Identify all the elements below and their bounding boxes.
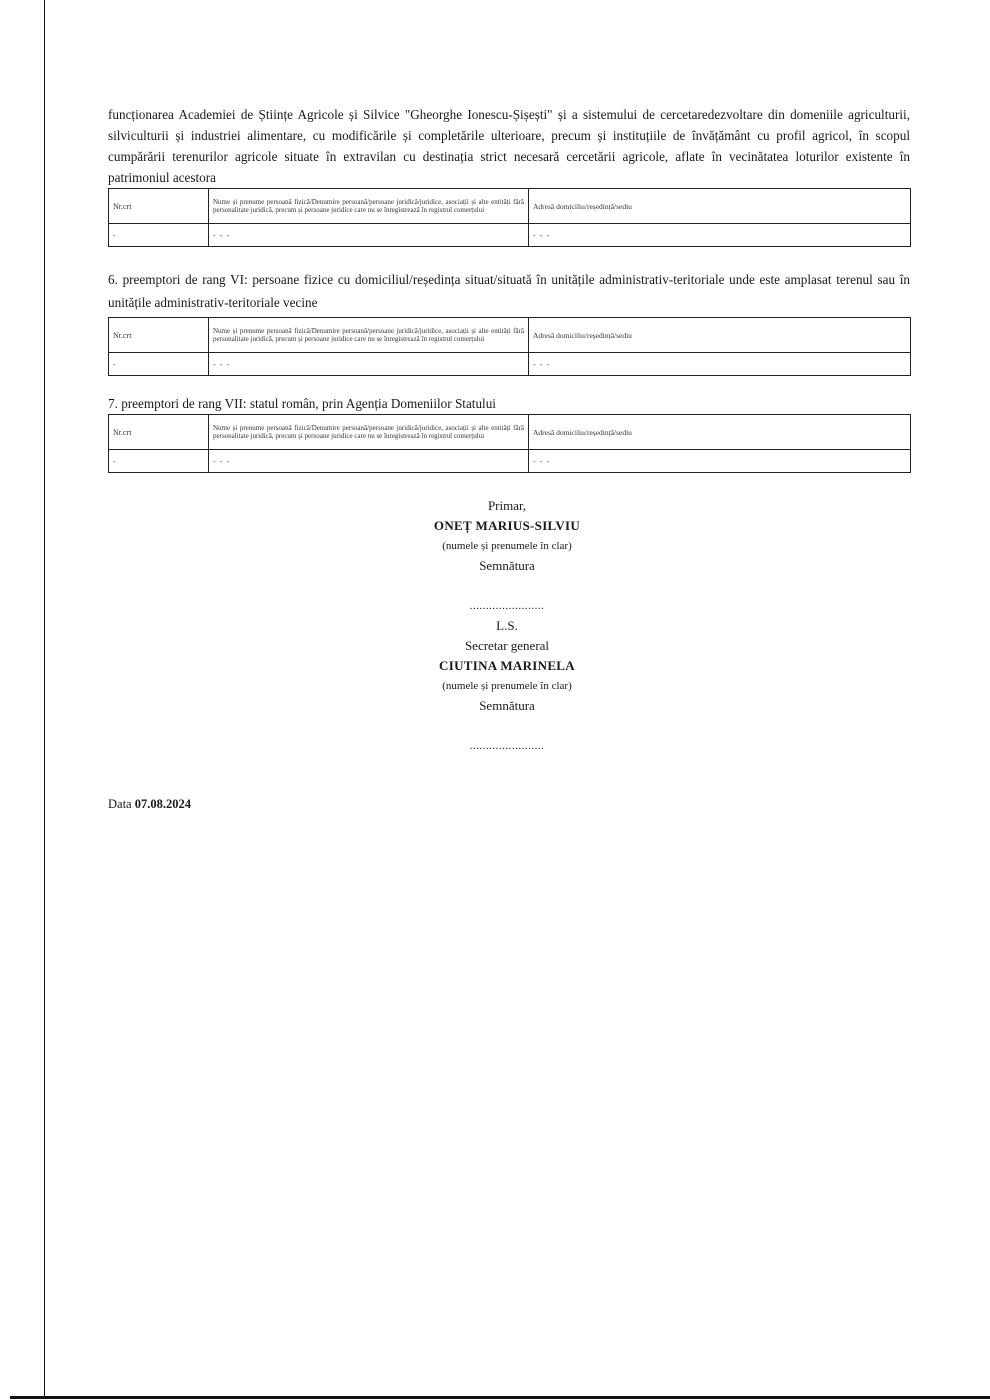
header-name: Nume și prenume persoană fizică/Denumire… bbox=[209, 415, 529, 450]
stamp-label: L.S. bbox=[0, 616, 990, 636]
cell-name: - - - bbox=[209, 353, 529, 376]
secretary-title: Secretar general bbox=[0, 636, 990, 656]
mayor-title: Primar, bbox=[0, 496, 990, 516]
section-6-heading: 6. preemptori de rang VI: persoane fizic… bbox=[108, 268, 910, 314]
mayor-signature-line: ....................... bbox=[0, 596, 990, 616]
section-7: 7. preemptori de rang VII: statul român,… bbox=[108, 393, 910, 473]
cell-nr: - bbox=[109, 224, 209, 247]
cell-address: - - - bbox=[529, 353, 911, 376]
date-value: 07.08.2024 bbox=[135, 797, 191, 811]
secretary-name: CIUTINA MARINELA bbox=[0, 656, 990, 676]
table-header-row: Nr.crt Nume și prenume persoană fizică/D… bbox=[109, 318, 911, 353]
preemptors-table-7: Nr.crt Nume și prenume persoană fizică/D… bbox=[108, 414, 911, 473]
cell-name: - - - bbox=[209, 224, 529, 247]
mayor-name: ONEȚ MARIUS-SILVIU bbox=[0, 516, 990, 536]
page-bottom-border bbox=[10, 1396, 990, 1399]
secretary-name-note: (numele și prenumele în clar) bbox=[0, 676, 990, 696]
cell-name: - - - bbox=[209, 450, 529, 473]
header-nr: Nr.crt bbox=[109, 318, 209, 353]
header-name: Nume și prenume persoană fizică/Denumire… bbox=[209, 318, 529, 353]
table-header-row: Nr.crt Nume și prenume persoană fizică/D… bbox=[109, 189, 911, 224]
header-nr: Nr.crt bbox=[109, 189, 209, 224]
secretary-signature-line: ....................... bbox=[0, 736, 990, 756]
table-row: - - - - - - - bbox=[109, 224, 911, 247]
cell-nr: - bbox=[109, 353, 209, 376]
mayor-name-note: (numele și prenumele în clar) bbox=[0, 536, 990, 556]
header-nr: Nr.crt bbox=[109, 415, 209, 450]
document-date: Data 07.08.2024 bbox=[108, 797, 191, 812]
section-5-continuation: funcționarea Academiei de Științe Agrico… bbox=[108, 104, 910, 247]
signature-block: Primar, ONEȚ MARIUS-SILVIU (numele și pr… bbox=[0, 496, 990, 756]
cell-address: - - - bbox=[529, 224, 911, 247]
table-row: - - - - - - - bbox=[109, 450, 911, 473]
section-6: 6. preemptori de rang VI: persoane fizic… bbox=[108, 268, 910, 376]
date-label: Data bbox=[108, 797, 132, 811]
preemptors-table-6: Nr.crt Nume și prenume persoană fizică/D… bbox=[108, 317, 911, 376]
intro-paragraph: funcționarea Academiei de Științe Agrico… bbox=[108, 104, 910, 188]
header-name: Nume și prenume persoană fizică/Denumire… bbox=[209, 189, 529, 224]
cell-nr: - bbox=[109, 450, 209, 473]
cell-address: - - - bbox=[529, 450, 911, 473]
header-address: Adresă domiciliu/reședință/sediu bbox=[529, 415, 911, 450]
header-address: Adresă domiciliu/reședință/sediu bbox=[529, 318, 911, 353]
table-row: - - - - - - - bbox=[109, 353, 911, 376]
mayor-signature-label: Semnătura bbox=[0, 556, 990, 576]
section-7-heading: 7. preemptori de rang VII: statul român,… bbox=[108, 393, 910, 414]
header-address: Adresă domiciliu/reședință/sediu bbox=[529, 189, 911, 224]
preemptors-table-5: Nr.crt Nume și prenume persoană fizică/D… bbox=[108, 188, 911, 247]
table-header-row: Nr.crt Nume și prenume persoană fizică/D… bbox=[109, 415, 911, 450]
secretary-signature-label: Semnătura bbox=[0, 696, 990, 716]
